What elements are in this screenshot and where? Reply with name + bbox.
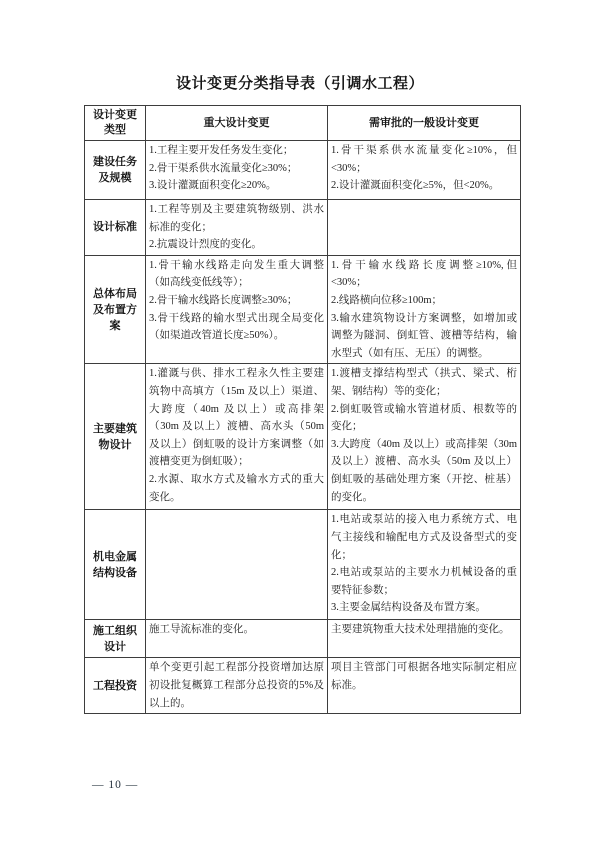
major-change-cell: 单个变更引起工程部分投资增加达原初设批复概算工程部分总投资的5%及以上的。 — [146, 658, 328, 714]
row-category: 建设任务及规模 — [85, 141, 146, 200]
table-row: 主要建筑物设计 1.灌溉与供、排水工程永久性主要建筑物中高填方（15m 及以上）… — [85, 364, 521, 510]
major-change-cell: 1.工程主要开发任务发生变化； 2.骨干渠系供水流量变化≥30%； 3.设计灌溉… — [146, 141, 328, 200]
header-major-change: 重大设计变更 — [146, 106, 328, 141]
major-change-cell: 施工导流标准的变化。 — [146, 620, 328, 658]
row-category: 设计标准 — [85, 200, 146, 256]
document-page: 设计变更分类指导表（引调水工程） 设计变更类型 重大设计变更 需审批的一般设计变… — [0, 0, 600, 849]
header-change-type: 设计变更类型 — [85, 106, 146, 141]
general-change-cell: 项目主管部门可根据各地实际制定相应标准。 — [328, 658, 521, 714]
document-title: 设计变更分类指导表（引调水工程） — [0, 0, 600, 94]
general-change-cell: 1.渡槽支撑结构型式（拱式、梁式、桁架、钢结构）等的变化； 2.倒虹吸管或输水管… — [328, 364, 521, 510]
general-change-cell: 1.电站或泵站的接入电力系统方式、电气主接线和输配电方式及设备型式的变化； 2.… — [328, 510, 521, 620]
general-change-cell: 1.骨干渠系供水流量变化≥10%，但<30%； 2.设计灌溉面积变化≥5%，但<… — [328, 141, 521, 200]
table-row: 施工组织设计 施工导流标准的变化。 主要建筑物重大技术处理措施的变化。 — [85, 620, 521, 658]
header-general-change: 需审批的一般设计变更 — [328, 106, 521, 141]
major-change-cell: 1.工程等别及主要建筑物级别、洪水标准的变化； 2.抗震设计烈度的变化。 — [146, 200, 328, 256]
design-change-table: 设计变更类型 重大设计变更 需审批的一般设计变更 建设任务及规模 1.工程主要开… — [84, 105, 521, 714]
table-row: 机电金属结构设备 1.电站或泵站的接入电力系统方式、电气主接线和输配电方式及设备… — [85, 510, 521, 620]
row-category: 工程投资 — [85, 658, 146, 714]
general-change-cell: 主要建筑物重大技术处理措施的变化。 — [328, 620, 521, 658]
general-change-cell — [328, 200, 521, 256]
table-row: 建设任务及规模 1.工程主要开发任务发生变化； 2.骨干渠系供水流量变化≥30%… — [85, 141, 521, 200]
page-number: — 10 — — [92, 779, 138, 791]
table-row: 工程投资 单个变更引起工程部分投资增加达原初设批复概算工程部分总投资的5%及以上… — [85, 658, 521, 714]
row-category: 机电金属结构设备 — [85, 510, 146, 620]
row-category: 总体布局及布置方案 — [85, 255, 146, 364]
general-change-cell: 1.骨干输水线路长度调整≥10%,但<30%； 2.线路横向位移≥100m； 3… — [328, 255, 521, 364]
table-row: 总体布局及布置方案 1.骨干输水线路走向发生重大调整（如高线变低线等）； 2.骨… — [85, 255, 521, 364]
table-row: 设计标准 1.工程等别及主要建筑物级别、洪水标准的变化； 2.抗震设计烈度的变化… — [85, 200, 521, 256]
table-header-row: 设计变更类型 重大设计变更 需审批的一般设计变更 — [85, 106, 521, 141]
major-change-cell: 1.骨干输水线路走向发生重大调整（如高线变低线等）； 2.骨干输水线路长度调整≥… — [146, 255, 328, 364]
row-category: 主要建筑物设计 — [85, 364, 146, 510]
row-category: 施工组织设计 — [85, 620, 146, 658]
major-change-cell: 1.灌溉与供、排水工程永久性主要建筑物中高填方（15m 及以上）渠道、大跨度（4… — [146, 364, 328, 510]
major-change-cell — [146, 510, 328, 620]
